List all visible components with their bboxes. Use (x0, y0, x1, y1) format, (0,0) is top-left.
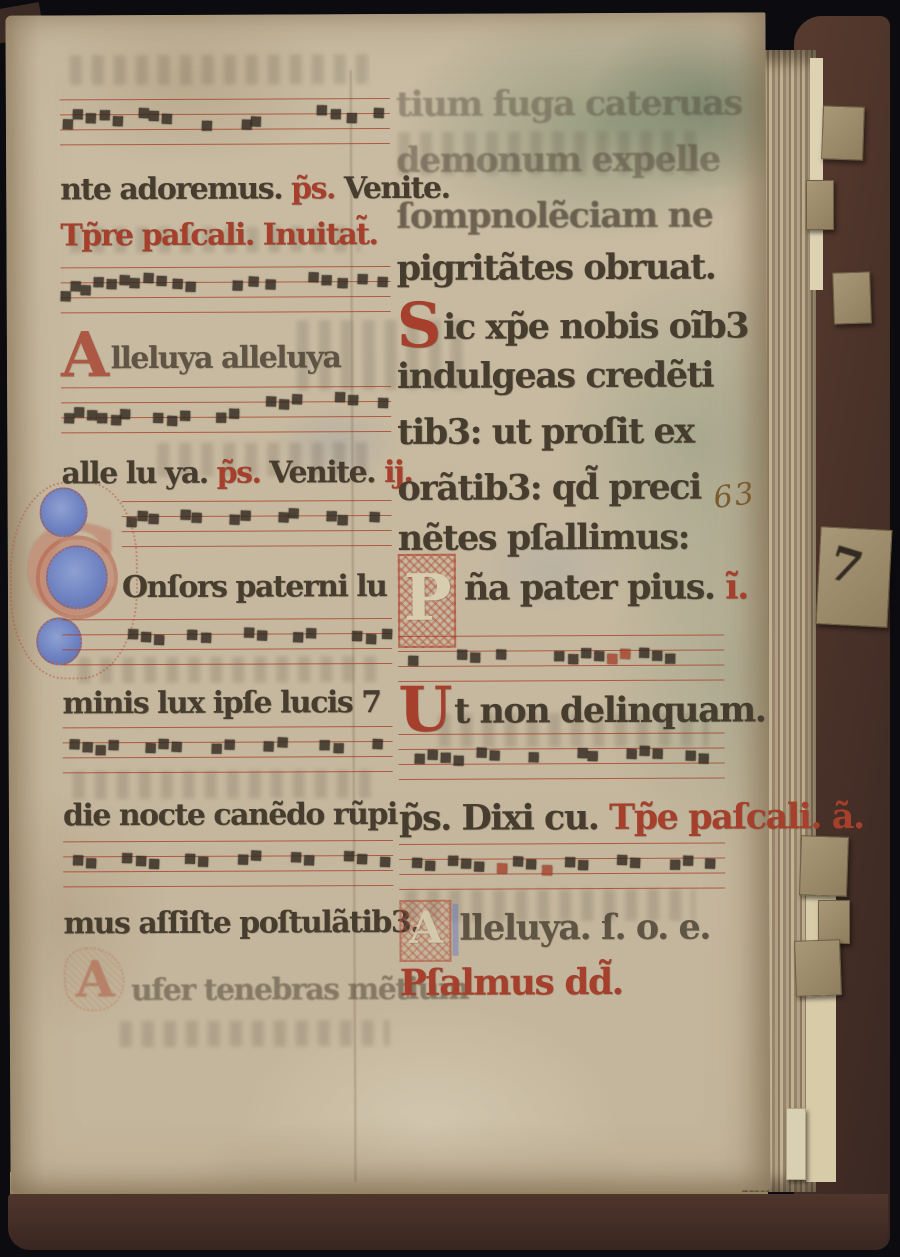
neume (513, 856, 523, 866)
music-staff (61, 386, 391, 435)
neume (82, 742, 92, 752)
chant-text-line: mus aſſiſte poſtulãtib3. (63, 900, 419, 948)
neume (229, 515, 239, 525)
neume (357, 274, 367, 284)
neume (238, 854, 248, 864)
neume (529, 752, 539, 762)
neume (457, 650, 467, 660)
index-tab (806, 180, 834, 230)
chant-text: lleluya alleluya (110, 340, 340, 376)
neume (181, 510, 191, 520)
neume (265, 279, 275, 289)
red-neume (497, 863, 507, 873)
chant-text: die nocte canẽdo rũpi (63, 797, 397, 833)
neume (186, 282, 196, 292)
neume (665, 654, 675, 664)
staff-line (62, 618, 392, 620)
neume (568, 654, 578, 664)
neume (80, 285, 90, 295)
neume (408, 656, 418, 666)
page-edge-cream-top (810, 58, 823, 290)
music-staff (63, 840, 393, 889)
neume (211, 744, 221, 754)
neume (373, 108, 383, 118)
decorated-initial: A (61, 335, 108, 375)
chant-text-line: Tp̃re paſcali. Inuitat̃. (60, 212, 377, 259)
neume (278, 512, 288, 522)
neume (670, 860, 680, 870)
index-tab (799, 835, 849, 897)
neume (264, 741, 274, 751)
rubric-text: ĩ. (725, 566, 748, 607)
neume (63, 119, 73, 129)
neume (555, 651, 565, 661)
rubric-text: p̃s. (217, 456, 270, 491)
neume (216, 413, 226, 423)
neume (630, 858, 640, 868)
neume (95, 745, 105, 755)
neume (292, 394, 302, 404)
neume (653, 749, 663, 759)
decorated-initial: A (63, 947, 125, 1011)
music-staff (60, 98, 390, 147)
chant-text-line: demonum expelle (396, 137, 720, 184)
neume (496, 649, 506, 659)
neume (652, 651, 662, 661)
neume (352, 631, 362, 641)
neume (366, 634, 376, 644)
chant-text-line: indulgeas credẽti (397, 353, 713, 400)
neume (167, 416, 177, 426)
staff-line (60, 143, 390, 145)
chant-text-line: orãtib3: qd̃ preci (397, 465, 700, 512)
neume (136, 856, 146, 866)
neume (139, 108, 149, 118)
rubric-text: Tp̃re paſcali. Inuitat̃. (60, 217, 377, 253)
chant-text: indulgeas credẽti (397, 355, 713, 397)
chant-text: p̃s. Dixi cu. (399, 797, 609, 839)
chant-text: tium fuga cateruas (396, 82, 742, 125)
decorated-initial: A (399, 900, 451, 962)
neume (156, 276, 166, 286)
showthrough-ghost (120, 1020, 390, 1047)
neume (187, 630, 197, 640)
chant-text: ſompnolẽciam ne (396, 195, 712, 237)
neume (97, 413, 107, 423)
neume (705, 858, 715, 868)
neume (249, 276, 259, 286)
neume (232, 281, 242, 291)
chant-text-line: Sic xp̃e nobis oĩb3 (397, 296, 749, 351)
index-tab: 7 (815, 526, 892, 628)
neume (289, 508, 299, 518)
red-neume (620, 649, 630, 659)
neume (412, 858, 422, 868)
neume (698, 753, 708, 763)
neume (229, 409, 239, 419)
book-cover-bottom (8, 1194, 888, 1250)
neume (128, 629, 138, 639)
neume (122, 853, 132, 863)
neume (120, 409, 130, 419)
neume (377, 277, 387, 287)
neume (338, 278, 348, 288)
music-staff (399, 843, 725, 892)
chant-text-line: Onſors paterni lu (122, 564, 387, 611)
neume (69, 739, 79, 749)
staff-line (122, 515, 392, 517)
manuscript-page: C 63 nte adoremus. p̃s. Venite.Tp̃re paſ… (5, 12, 770, 1193)
staff-line (61, 266, 391, 268)
neume (382, 629, 392, 639)
neume (415, 754, 425, 764)
staff-line (60, 98, 390, 100)
staff-line (63, 771, 393, 773)
neume (428, 750, 438, 760)
staff-line (398, 665, 724, 667)
neume (683, 856, 693, 866)
chant-text: orãtib3: qd̃ preci (397, 467, 700, 509)
decorated-initial: P (398, 554, 456, 648)
chant-text: mus aſſiſte poſtulãtib3. (63, 905, 419, 942)
neume (279, 399, 289, 409)
neume (73, 109, 83, 119)
neume (107, 279, 117, 289)
neume (192, 513, 202, 523)
staff-line (63, 726, 393, 728)
neume (425, 861, 435, 871)
rubric-text: p̃s. (291, 171, 344, 206)
chant-text: ña pater pius. (464, 567, 725, 609)
chant-text-line: Alleluya alleluya (61, 326, 341, 382)
index-tab (821, 105, 865, 160)
neume (594, 651, 604, 661)
neume (640, 746, 650, 756)
neume (308, 272, 318, 282)
music-staff (63, 726, 393, 775)
neume (86, 858, 96, 868)
neume (357, 854, 367, 864)
chant-text: ic xp̃e nobis oĩb3 (443, 305, 748, 347)
neume (185, 854, 195, 864)
chant-text: t non delinquam. (454, 689, 766, 731)
rubric-text: Tp̃e paſcali. ã. (609, 796, 864, 838)
neume (337, 515, 347, 525)
neume (474, 861, 484, 871)
staff-line (61, 386, 391, 388)
chant-text-line: Ut non delinquam. (398, 680, 765, 735)
neume (86, 113, 96, 123)
rubric-text: Pſalmus dd̃. (400, 961, 623, 1004)
staff-line (61, 311, 391, 313)
music-staff (61, 266, 391, 315)
neume (148, 514, 158, 524)
neume (180, 411, 190, 421)
chant-text: pigritãtes obruat. (396, 247, 715, 289)
neume (348, 395, 358, 405)
neume (565, 857, 575, 867)
music-staff (62, 618, 392, 667)
chant-text: Venite. (269, 455, 384, 490)
chant-text: nẽtes pſallimus: (398, 517, 689, 559)
neume (145, 743, 155, 753)
red-neume (542, 865, 552, 875)
neume (138, 511, 148, 521)
index-tab (818, 900, 850, 944)
folio-number: 63 (711, 476, 757, 516)
photo-frame: C 63 nte adoremus. p̃s. Venite.Tp̃re paſ… (0, 0, 900, 1257)
chant-text: tib3: ut proſit ex (397, 411, 693, 453)
neume (578, 860, 588, 870)
staff-line (122, 545, 392, 547)
neume (370, 512, 380, 522)
staff-line (399, 888, 725, 890)
chant-text-line: pigritãtes obruat. (396, 245, 715, 292)
neume (130, 278, 140, 288)
neume (149, 859, 159, 869)
neume (304, 855, 314, 865)
neume (113, 116, 123, 126)
neume (171, 742, 181, 752)
neume (162, 114, 172, 124)
neume (343, 851, 353, 861)
neume (73, 855, 83, 865)
chant-text-line: tib3: ut proſit ex (397, 409, 693, 456)
neume (293, 632, 303, 642)
staff-line (63, 870, 393, 872)
blue-roundel-icon (46, 545, 108, 609)
neume (347, 113, 357, 123)
neume (99, 110, 109, 120)
neume (202, 121, 212, 131)
music-staff (399, 733, 725, 782)
neume (251, 116, 261, 126)
staff-line (62, 663, 392, 665)
neume (141, 632, 151, 642)
staff-line (63, 885, 393, 887)
staff-line (61, 431, 391, 433)
neume (327, 511, 337, 521)
chant-text-line: die nocte canẽdo rũpi (63, 792, 397, 839)
staff-line (60, 128, 390, 130)
neume (201, 633, 211, 643)
staff-line (62, 633, 392, 635)
neume (461, 859, 471, 869)
neume (330, 109, 340, 119)
neume (224, 740, 234, 750)
showthrough-ghost (70, 54, 370, 85)
tab-numeral: 7 (824, 539, 868, 592)
neume (685, 751, 695, 761)
chant-text-line: alle lu ya. p̃s. Venite. ij. (61, 450, 412, 498)
neume (378, 398, 388, 408)
chant-text-line: Pſalmus dd̃. (400, 959, 623, 1006)
staff-line (399, 748, 725, 750)
staff-line (61, 296, 391, 298)
neume (477, 747, 487, 757)
staff-line (399, 843, 725, 845)
neume (240, 510, 250, 520)
neume (153, 413, 163, 423)
neume (243, 627, 253, 637)
neume (291, 852, 301, 862)
neume (143, 273, 153, 283)
blue-flourish (452, 904, 458, 956)
neume (257, 630, 267, 640)
neume (581, 648, 591, 658)
chant-text: alle lu ya. (61, 456, 216, 492)
neume (198, 857, 208, 867)
neume (441, 753, 451, 763)
decorated-initial: U (398, 690, 451, 730)
staff-line (399, 778, 725, 780)
neume (149, 111, 159, 121)
neume (470, 652, 480, 662)
red-neume (607, 654, 617, 664)
neume (317, 105, 327, 115)
neume (627, 749, 637, 759)
chant-text: Onſors paterni lu (122, 569, 387, 605)
staff-line (63, 840, 393, 842)
neume (320, 740, 330, 750)
neume (93, 277, 103, 287)
chant-text-line: nte adoremus. p̃s. Venite. (60, 166, 450, 214)
staff-line (399, 733, 725, 735)
neume (526, 859, 536, 869)
neume (277, 737, 287, 747)
chant-text-line: minis lux ipſe lucis 7 (62, 680, 380, 727)
neume (454, 756, 464, 766)
neume (490, 750, 500, 760)
neume (578, 748, 588, 758)
neume (251, 850, 261, 860)
music-staff (122, 500, 392, 549)
chant-text: lleluya. ſ. o. e. (459, 907, 710, 949)
staff-line (62, 648, 392, 650)
neume (380, 857, 390, 867)
neume (321, 275, 331, 285)
staff-line (122, 500, 392, 502)
index-tab (832, 271, 872, 324)
chant-text-line: tium fuga cateruas (396, 80, 742, 128)
staff-line (398, 635, 724, 637)
staff-line (399, 763, 725, 765)
chant-text: minis lux ipſe lucis 7 (62, 685, 380, 721)
index-tab (794, 939, 842, 997)
chant-text-line: ſompnolẽciam ne (396, 193, 712, 240)
chant-text: nte adoremus. (60, 171, 291, 207)
neume (617, 855, 627, 865)
neume (588, 751, 598, 761)
neume (61, 291, 71, 301)
neume (70, 281, 80, 291)
neume (335, 392, 345, 402)
neume (266, 396, 276, 406)
neume (158, 739, 168, 749)
neume (154, 635, 164, 645)
staff-line (63, 756, 393, 758)
neume (448, 856, 458, 866)
neume (373, 739, 383, 749)
neume (127, 517, 137, 527)
staff-line (399, 873, 725, 875)
chant-text-line: p̃s. Dixi cu. Tp̃e paſcali. ã. (399, 794, 864, 842)
index-tab (786, 1108, 806, 1180)
chant-text: demonum expelle (396, 139, 720, 181)
neume (109, 740, 119, 750)
neume (74, 407, 84, 417)
decorated-initial: S (397, 306, 440, 346)
neume (173, 279, 183, 289)
neume (306, 628, 316, 638)
staff-line (122, 530, 392, 532)
neume (639, 648, 649, 658)
neume (333, 743, 343, 753)
